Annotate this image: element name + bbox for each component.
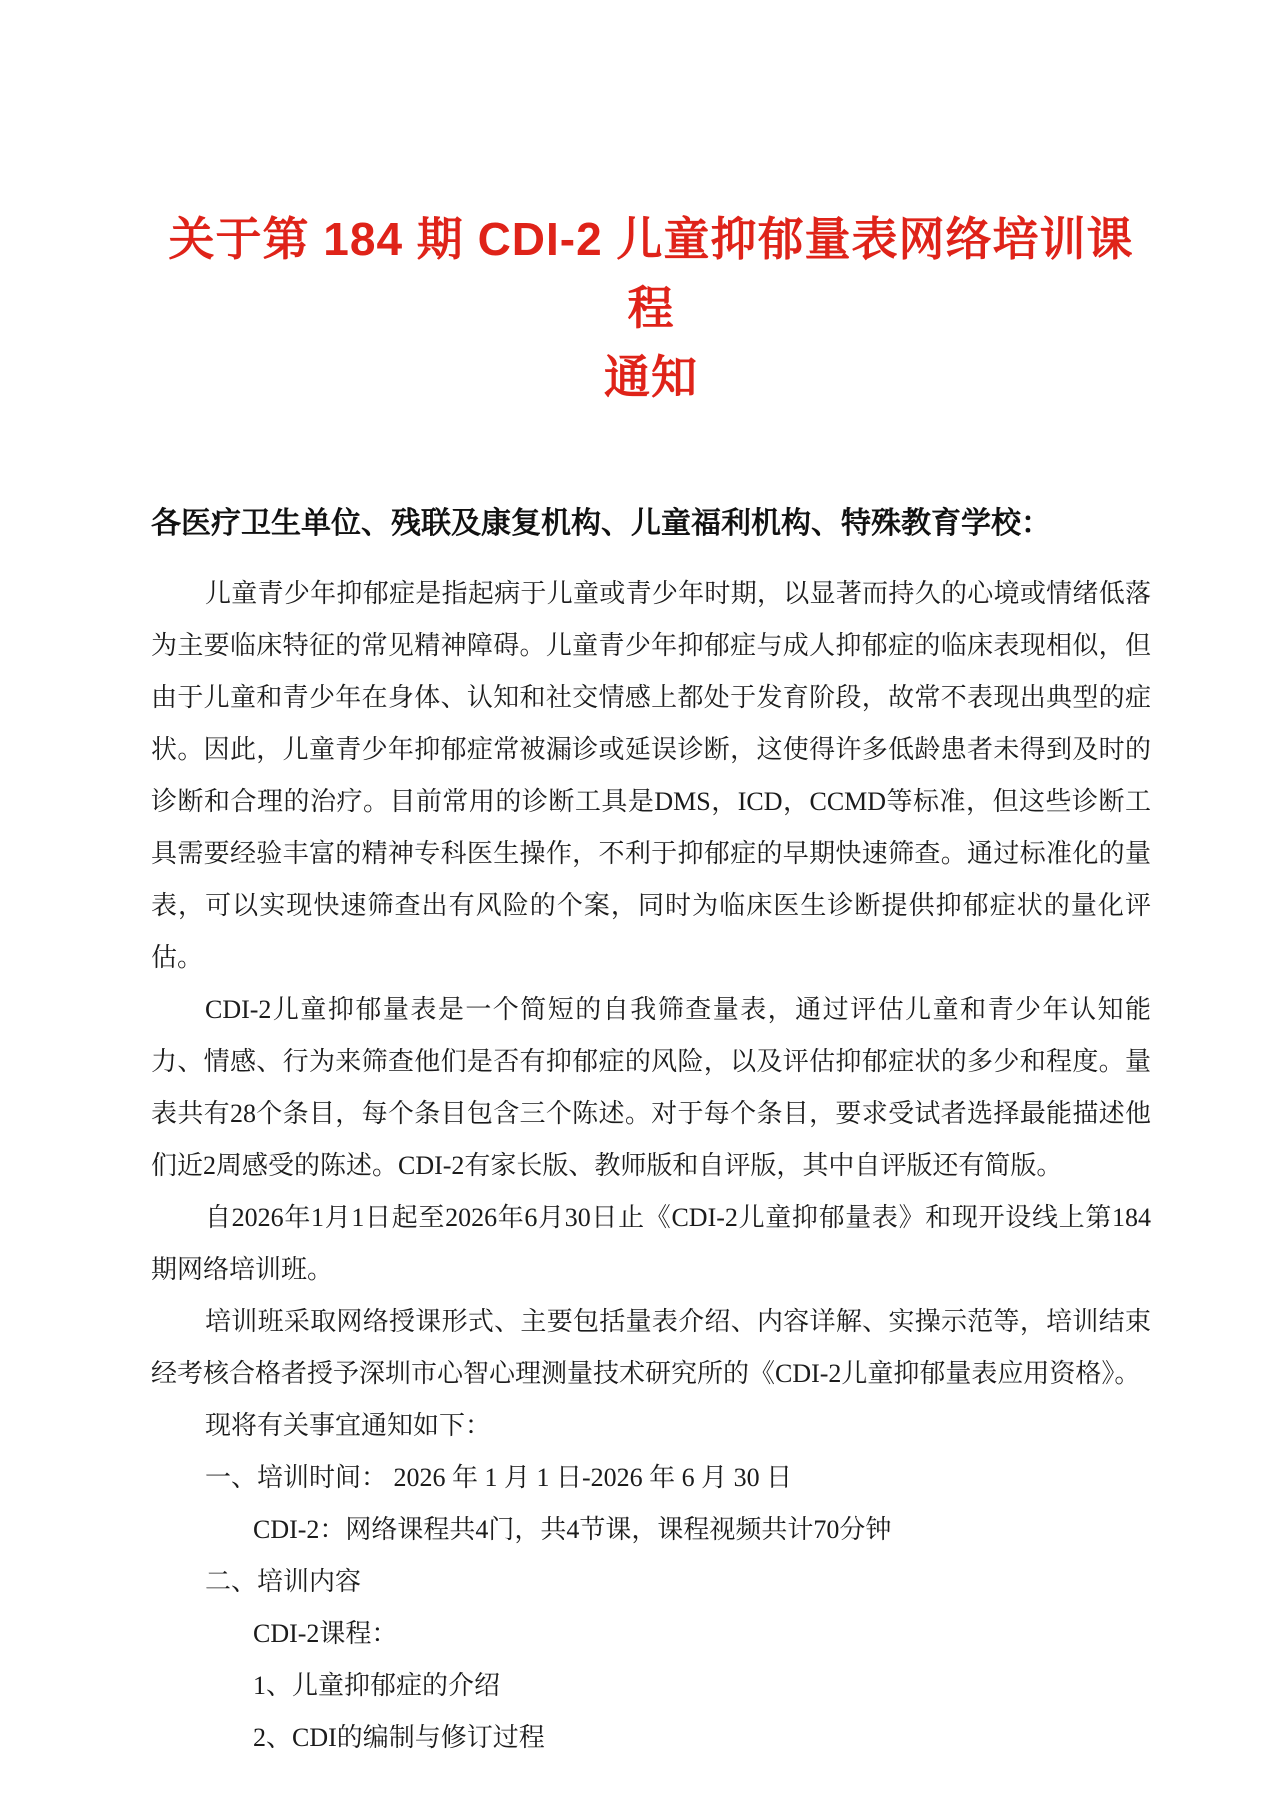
body-paragraph-4: 培训班采取网络授课形式、主要包括量表介绍、内容详解、实操示范等，培训结束经考核合… xyxy=(151,1296,1151,1400)
list-item-course-summary: CDI-2：网络课程共4门，共4节课，课程视频共计70分钟 xyxy=(151,1504,1151,1556)
body-paragraph-5: 现将有关事宜通知如下： xyxy=(151,1400,1151,1452)
list-item-training-time: 一、培训时间： 2026 年 1 月 1 日-2026 年 6 月 30 日 xyxy=(151,1452,1151,1504)
list-item-lesson-1: 1、儿童抑郁症的介绍 xyxy=(151,1660,1151,1712)
body-paragraph-1: 儿童青少年抑郁症是指起病于儿童或青少年时期，以显著而持久的心境或情绪低落为主要临… xyxy=(151,568,1151,984)
body-paragraph-2: CDI-2儿童抑郁量表是一个简短的自我筛查量表，通过评估儿童和青少年认知能力、情… xyxy=(151,984,1151,1192)
list-item-training-content: 二、培训内容 xyxy=(151,1556,1151,1608)
document-title-line1: 关于第 184 期 CDI-2 儿童抑郁量表网络培训课程 xyxy=(151,205,1151,343)
salutation-line: 各医疗卫生单位、残联及康复机构、儿童福利机构、特殊教育学校： xyxy=(151,498,1151,550)
document-title: 关于第 184 期 CDI-2 儿童抑郁量表网络培训课程 通知 xyxy=(151,205,1151,412)
body-paragraph-3: 自2026年1月1日起至2026年6月30日止《CDI-2儿童抑郁量表》和现开设… xyxy=(151,1192,1151,1296)
list-item-lesson-2: 2、CDI的编制与修订过程 xyxy=(151,1712,1151,1764)
list-item-course-label: CDI-2课程： xyxy=(151,1608,1151,1660)
document-page: 关于第 184 期 CDI-2 儿童抑郁量表网络培训课程 通知 各医疗卫生单位、… xyxy=(0,0,1280,1808)
document-title-line2: 通知 xyxy=(151,343,1151,412)
